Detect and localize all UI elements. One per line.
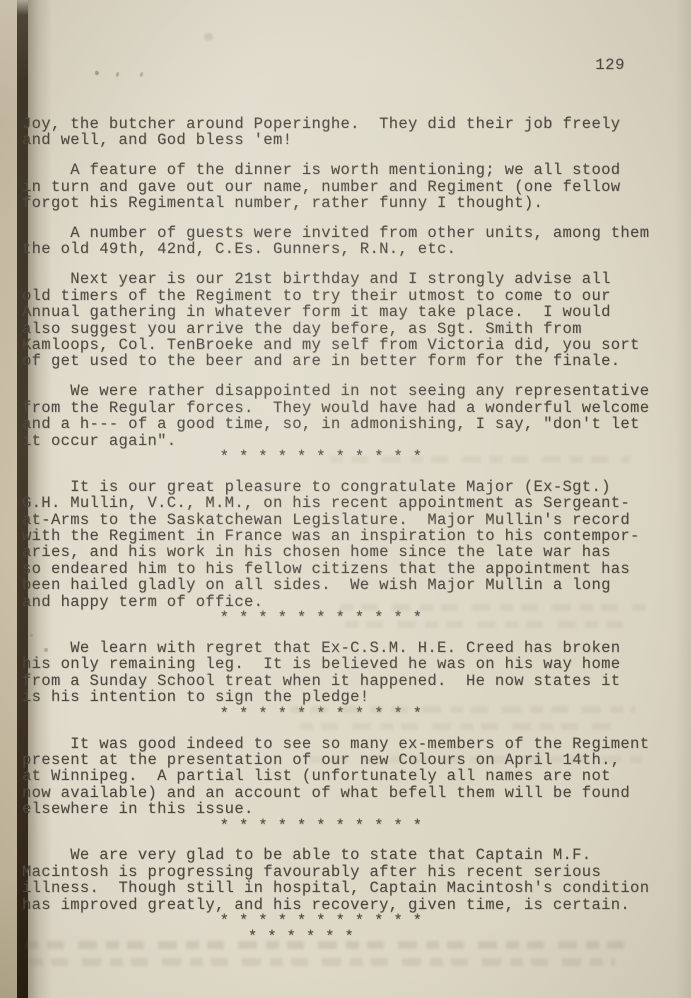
asterisk-divider: * * * * * * <box>0 929 618 945</box>
paragraph: It was good indeed to see so many ex-mem… <box>22 736 656 834</box>
asterisk-divider: * * * * * * * * * * * <box>4 449 638 465</box>
page-number: 129 <box>595 56 625 74</box>
asterisk-divider: * * * * * * * * * * * <box>4 818 638 834</box>
paragraph: We learn with regret that Ex-C.S.M. H.E.… <box>22 640 656 722</box>
paragraph: It is our great pleasure to congratulate… <box>22 479 656 627</box>
paragraph-text: We learn with regret that Ex-C.S.M. H.E.… <box>22 640 656 706</box>
ink-speck <box>139 72 143 78</box>
paragraph-text: Next year is our 21st birthday and I str… <box>22 271 656 369</box>
asterisk-divider: * * * * * * * * * * * <box>4 706 638 722</box>
paragraph: We were rather disappointed in not seein… <box>22 383 656 465</box>
paragraph-text: Joy, the butcher around Poperinghe. They… <box>22 116 656 149</box>
book-edge <box>0 0 18 998</box>
paragraph: We are very glad to be able to state tha… <box>22 847 656 945</box>
paragraph-text: A number of guests were invited from oth… <box>22 225 656 258</box>
paragraph-text: We are very glad to be able to state tha… <box>22 847 656 913</box>
paragraph-text: A feature of the dinner is worth mention… <box>22 162 656 211</box>
page-content: Joy, the butcher around Poperinghe. They… <box>22 116 656 959</box>
asterisk-divider: * * * * * * * * * * * <box>4 610 638 626</box>
paragraph: A feature of the dinner is worth mention… <box>22 162 656 211</box>
asterisk-divider: * * * * * * * * * * * <box>4 913 638 929</box>
paragraph-text: It is our great pleasure to congratulate… <box>22 479 656 610</box>
scanned-page: 129 Joy, the butcher around Poperinghe. … <box>0 0 691 998</box>
ink-speck <box>115 72 119 78</box>
ink-speck <box>94 70 99 75</box>
right-edge-shade <box>675 0 691 998</box>
paragraph-text: It was good indeed to see so many ex-mem… <box>22 736 656 818</box>
paragraph: A number of guests were invited from oth… <box>22 225 656 258</box>
paragraph-text: We were rather disappointed in not seein… <box>22 383 656 449</box>
paper-smudge <box>204 33 213 41</box>
paragraph: Joy, the butcher around Poperinghe. They… <box>22 116 656 149</box>
paragraph: Next year is our 21st birthday and I str… <box>22 271 656 369</box>
